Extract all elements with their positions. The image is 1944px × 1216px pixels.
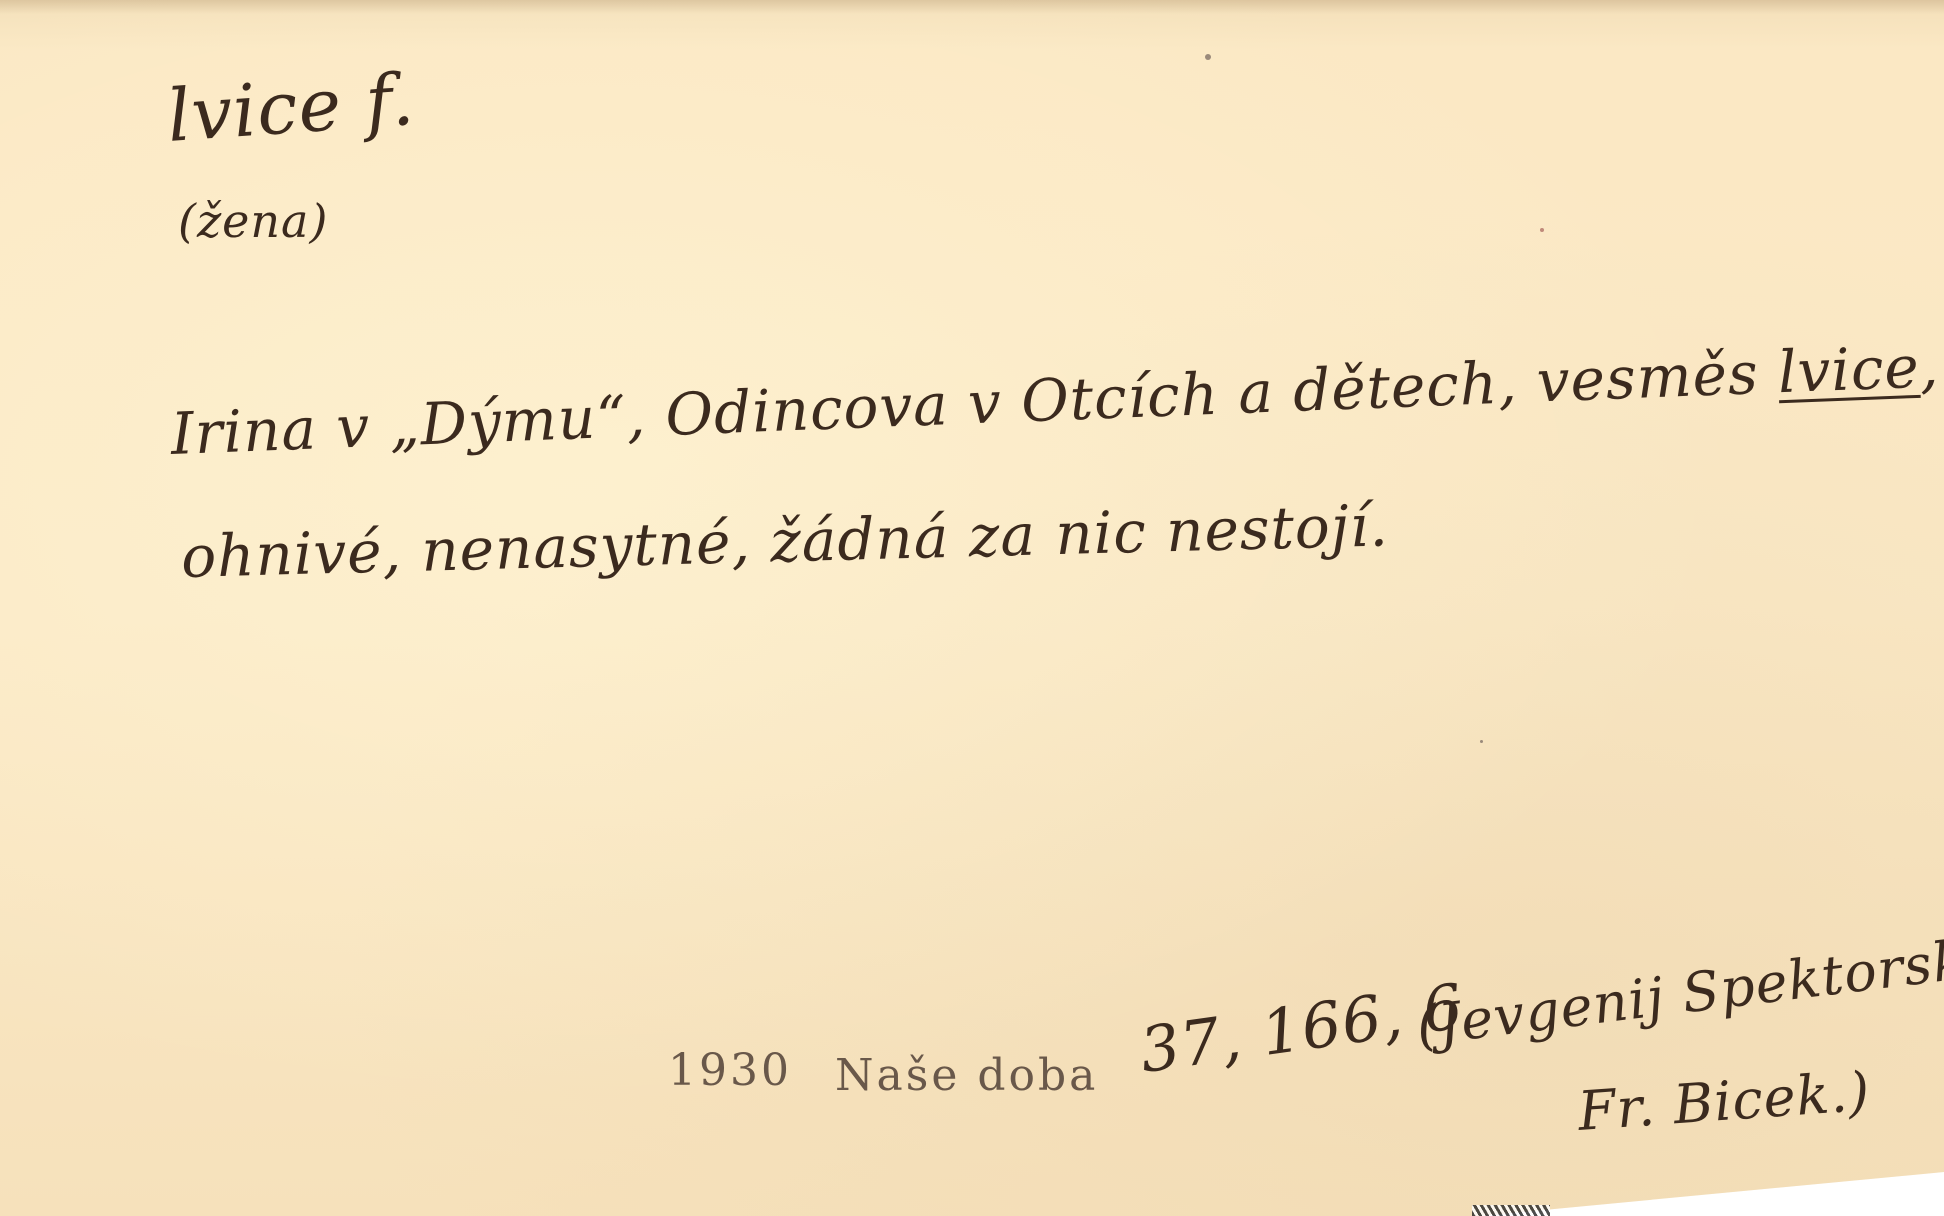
citation-source: Naše doba	[835, 1050, 1098, 1101]
excerpt-line-1-text: Irina v „Dýmu“, Odincova v Otcích a děte…	[170, 338, 1780, 468]
paper-speck	[1205, 54, 1211, 60]
headword: lvice f.	[165, 63, 417, 152]
card-top-edge-shadow	[0, 0, 1944, 14]
citation-translator: Fr. Bicek.)	[1576, 1065, 1872, 1139]
scan-calibration-mark	[1472, 1205, 1550, 1216]
paper-speck	[1480, 740, 1483, 743]
excerpt-line-1: Irina v „Dýmu“, Odincova v Otcích a děte…	[170, 337, 1940, 463]
paper-speck	[1540, 228, 1544, 232]
citation-year: 1930	[668, 1045, 792, 1096]
excerpt-line-2: ohnivé, nenasytné, žádná za nic nestojí.	[180, 496, 1389, 586]
excerpt-emphasized-word: lvice	[1777, 333, 1921, 406]
citation-author: (Jevgenij Spektorskij –	[1413, 923, 1944, 1054]
headword-gloss: (žena)	[178, 198, 328, 244]
excerpt-line-1-punct: ,	[1918, 332, 1940, 401]
index-card: lvice f. (žena) Irina v „Dýmu“, Odincova…	[0, 0, 1944, 1216]
